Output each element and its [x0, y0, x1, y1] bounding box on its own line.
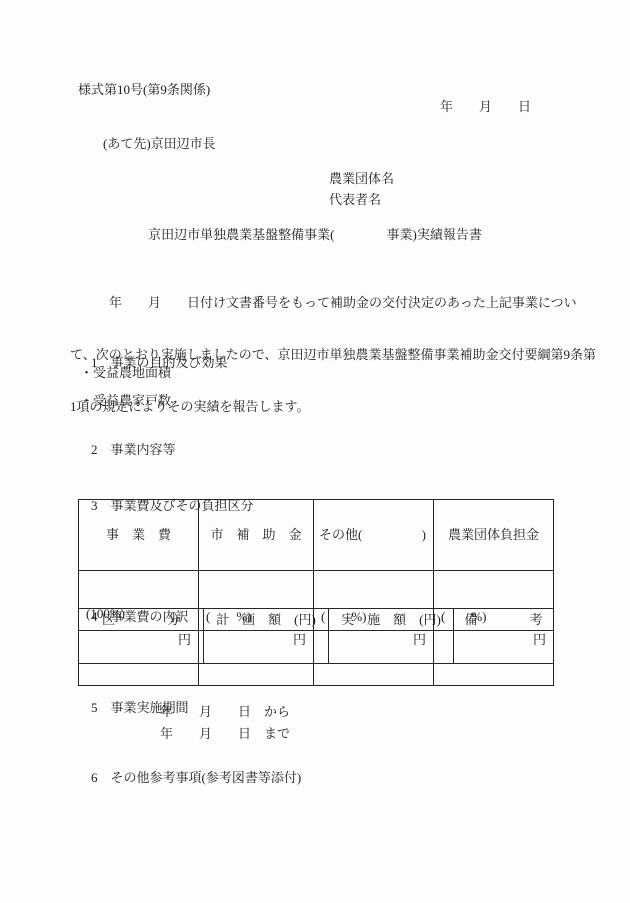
breakdown-empty-row [79, 631, 554, 664]
breakdown-cell-category [79, 631, 204, 664]
form-number: 様式第10号(第9条関係) [78, 82, 210, 97]
period-from-line: 年 月 日 から [160, 704, 290, 719]
cost-header-project-cost: 事 業 費 [79, 500, 199, 571]
section-6-label: その他参考事項(参考図書等添付) [111, 770, 302, 785]
breakdown-header-planned-amount: 計 画 額 (円) [204, 609, 329, 631]
breakdown-cell-remarks [454, 631, 554, 664]
section-6-heading: 6その他参考事項(参考図書等添付) [78, 755, 301, 800]
cost-header-org-burden: 農業団体負担金 [434, 500, 554, 571]
period-to-line: 年 月 日 まで [160, 726, 290, 741]
breakdown-cell-planned-amount [204, 631, 329, 664]
cost-table-header-row: 事 業 費 市 補 助 金 その他() 農業団体負担金 [79, 500, 554, 571]
breakdown-table: 区 分 計 画 額 (円) 実 施 額 (円) 備 考 [78, 608, 554, 664]
addressee: (あて先)京田辺市長 [103, 136, 216, 151]
bullet-beneficiary-farm-households: ・受益農家戸数 [80, 393, 171, 408]
organization-name-label: 農業団体名 [329, 171, 394, 186]
breakdown-header-row: 区 分 計 画 額 (円) 実 施 額 (円) 備 考 [79, 609, 554, 631]
breakdown-header-remarks: 備 考 [454, 609, 554, 631]
representative-name-label: 代表者名 [329, 192, 381, 207]
bullet-beneficiary-farmland-area: ・受益農地面積 [80, 365, 171, 380]
cost-header-city-subsidy: 市 補 助 金 [199, 500, 314, 571]
breakdown-cell-implemented-amount [329, 631, 454, 664]
section-2-number: 2 [91, 442, 98, 457]
section-5-number: 5 [91, 700, 98, 715]
section-2-label: 事業内容等 [111, 442, 176, 457]
breakdown-header-category: 区 分 [79, 609, 204, 631]
section-2-heading: 2事業内容等 [78, 427, 176, 472]
breakdown-header-implemented-amount: 実 施 額 (円) [329, 609, 454, 631]
document-title: 京田辺市単独農業基盤整備事業( 事業)実績報告書 [0, 227, 630, 242]
cost-header-other: その他() [314, 500, 434, 571]
intro-line-1: 年 月 日付け文書番号をもって補助金の交付決定のあった上記事業につい [70, 292, 570, 314]
date-line: 年 月 日 [440, 99, 531, 114]
report-form-page: 様式第10号(第9条関係) 年 月 日 (あて先)京田辺市長 農業団体名 代表者… [0, 0, 630, 903]
section-6-number: 6 [91, 770, 98, 785]
